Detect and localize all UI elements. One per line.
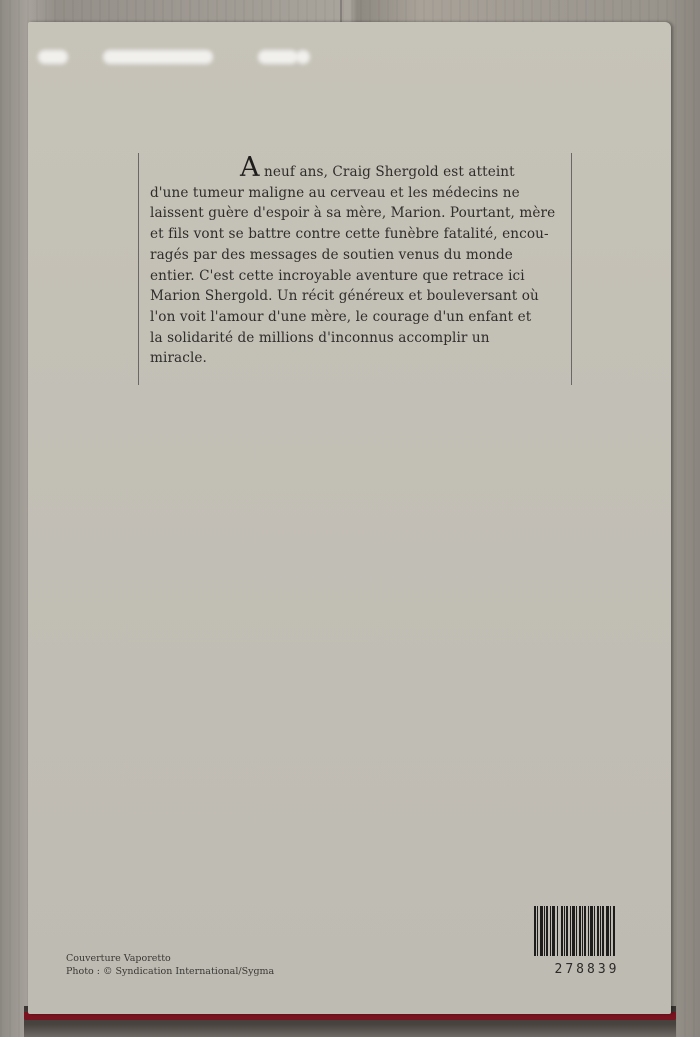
cover-credit: Couverture Vaporetto [66, 952, 274, 965]
barcode-bar [615, 906, 616, 956]
blurb-line: l'on voit l'amour d'une mère, le courage… [150, 307, 560, 328]
blurb-line: Marion Shergold. Un récit généreux et bo… [150, 286, 560, 307]
blurb-line: entier. C'est cette incroyable aventure … [150, 266, 560, 287]
blurb-line: la solidarité de millions d'inconnus acc… [150, 328, 560, 349]
dropcap: A [240, 152, 260, 183]
glare-highlight [296, 50, 310, 64]
blurb-line: laissent guère d'espoir à sa mère, Mario… [150, 203, 560, 224]
blurb-line: miracle. [150, 348, 560, 369]
photo-credit: Photo : © Syndication International/Sygm… [66, 965, 274, 978]
blurb-line: ragés par des messages de soutien venus … [150, 245, 560, 266]
cover-credits: Couverture Vaporetto Photo : © Syndicati… [66, 952, 274, 978]
barcode-number: 278839 [534, 962, 640, 977]
barcode [534, 906, 640, 956]
glare-highlight [258, 50, 298, 64]
blurb-text: A neuf ans, Craig Shergold est atteint d… [150, 158, 560, 369]
blurb-line: A neuf ans, Craig Shergold est atteint [150, 158, 560, 183]
glare-highlight [103, 50, 213, 64]
glare-highlight [38, 50, 68, 64]
blurb-line: et fils vont se battre contre cette funè… [150, 224, 560, 245]
blurb-line: d'une tumeur maligne au cerveau et les m… [150, 183, 560, 204]
